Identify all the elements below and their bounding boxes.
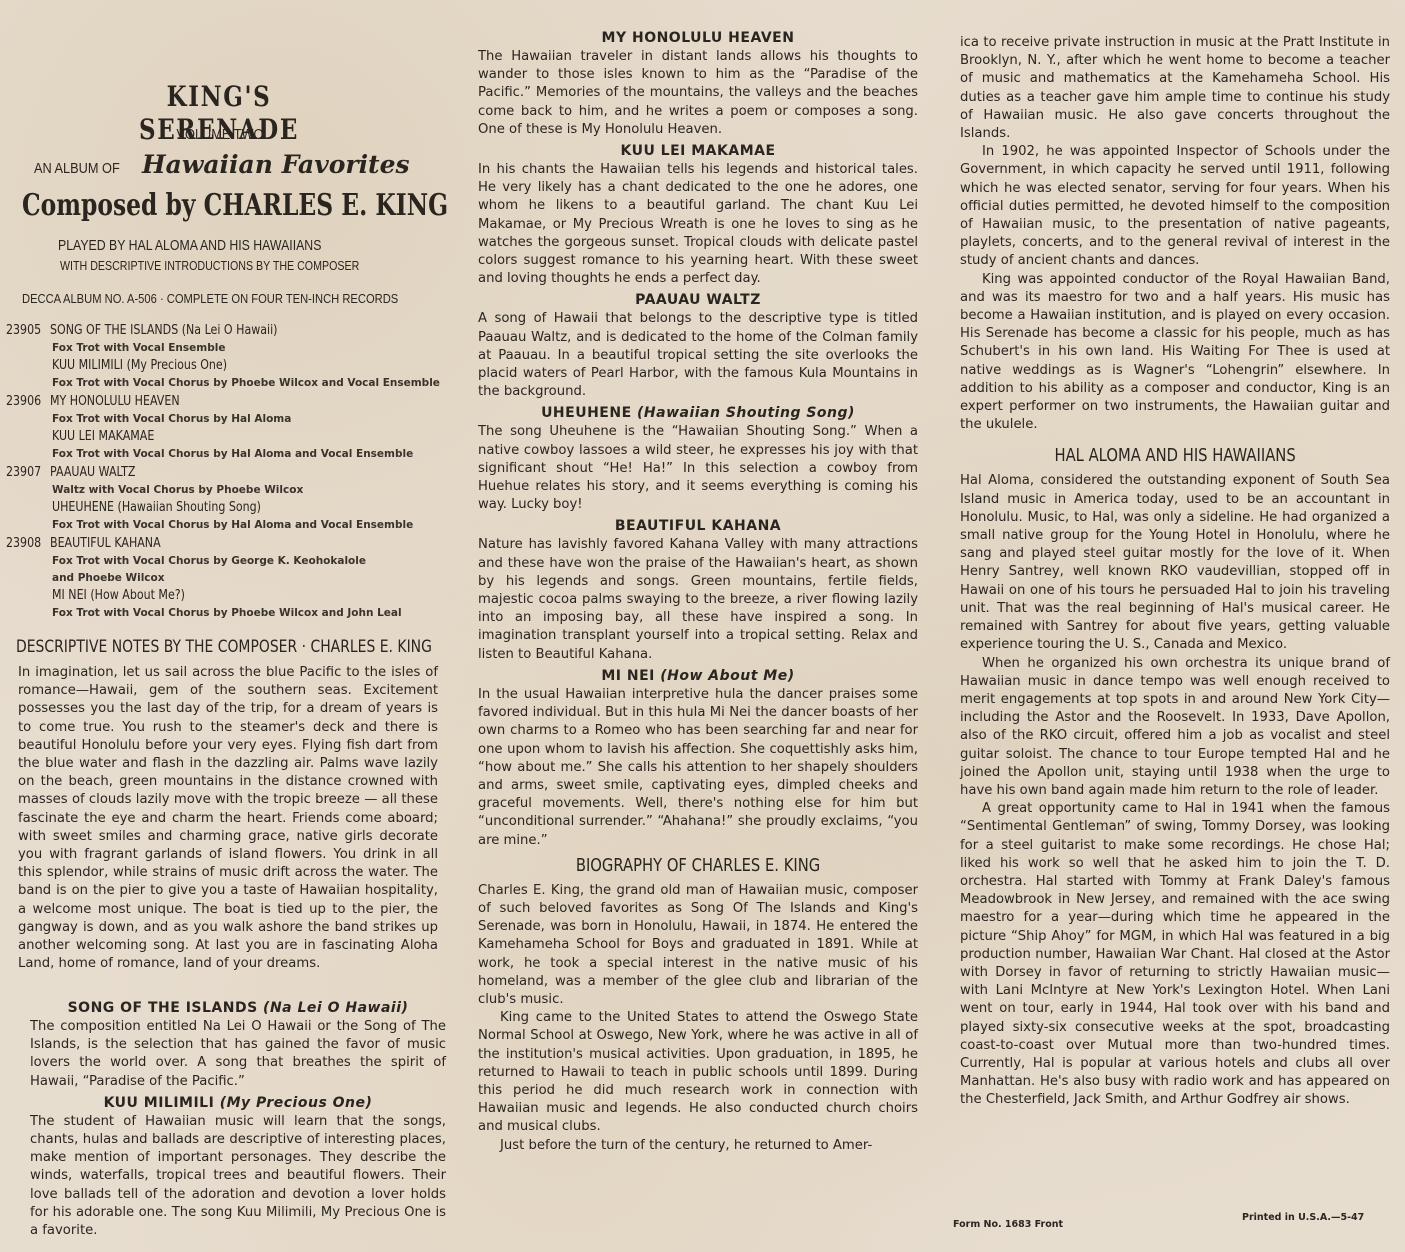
hal-aloma-heading: HAL ALOMA AND HIS HAWAIIANS — [960, 444, 1390, 468]
song-description: Fox Trot with Vocal Chorus by Hal Aloma — [6, 411, 446, 428]
biography-para-2: King came to the United States to attend… — [478, 1009, 918, 1136]
song-description: Waltz with Vocal Chorus by Phoebe Wilcox — [6, 482, 446, 499]
song-description: Fox Trot with Vocal Chorus by Phoebe Wil… — [6, 375, 446, 392]
song-title: UHEUHENE (Hawaiian Shouting Song) — [52, 499, 261, 517]
song-description: Fox Trot with Vocal Ensemble — [6, 340, 446, 357]
section-heading-mi-nei: MI NEI (How About Me) — [478, 666, 918, 686]
section-heading-uheuhene: UHEUHENE (Hawaiian Shouting Song) — [478, 403, 918, 423]
record-number: 23905 — [6, 322, 43, 340]
section-heading-my-honolulu-heaven: MY HONOLULU HEAVEN — [478, 28, 918, 48]
printed-in: Printed in U.S.A.—5-47 — [1242, 1212, 1364, 1223]
biography-heading: BIOGRAPHY OF CHARLES E. KING — [478, 854, 918, 878]
song-description: Fox Trot with Vocal Chorus by Hal Aloma … — [6, 517, 446, 534]
form-number: Form No. 1683 Front — [953, 1219, 1063, 1230]
record-23905: 23905SONG OF THE ISLANDS (Na Lei O Hawai… — [6, 322, 446, 392]
biography-para-1: Charles E. King, the grand old man of Ha… — [478, 882, 918, 1009]
intro-line: WITH DESCRIPTIVE INTRODUCTIONS BY THE CO… — [60, 258, 359, 273]
section-heading: KUU MILIMILI (My Precious One) — [30, 1093, 446, 1113]
biography-para-3b: ica to receive private instruction in mu… — [960, 34, 1390, 143]
section-text: The composition entitled Na Lei O Hawaii… — [30, 1018, 446, 1091]
record-23906: 23906MY HONOLULU HEAVEN Fox Trot with Vo… — [6, 393, 446, 463]
song-title: MY HONOLULU HEAVEN — [50, 393, 180, 411]
column-3: ica to receive private instruction in mu… — [960, 34, 1390, 1110]
song-title: PAAUAU WALTZ — [50, 464, 135, 482]
biography-para-4: In 1902, he was appointed Inspector of S… — [960, 143, 1390, 270]
notes-intro-block: In imagination, let us sail across the b… — [18, 664, 438, 973]
section-text: The song Uheuhene is the “Hawaiian Shout… — [478, 423, 918, 514]
biography-para-5: King was appointed conductor of the Roya… — [960, 271, 1390, 435]
hal-aloma-para-1: Hal Aloma, considered the outstanding ex… — [960, 472, 1390, 654]
song-title: SONG OF THE ISLANDS (Na Lei O Hawaii) — [50, 322, 277, 340]
record-number: 23907 — [6, 464, 43, 482]
section-text: In his chants the Hawaiian tells his leg… — [478, 161, 918, 288]
biography-para-3a: Just before the turn of the century, he … — [478, 1137, 918, 1155]
track-listing: 23905SONG OF THE ISLANDS (Na Lei O Hawai… — [6, 322, 446, 623]
column-2: MY HONOLULU HEAVEN The Hawaiian traveler… — [478, 26, 918, 1155]
section-text: The student of Hawaiian music will learn… — [30, 1113, 446, 1240]
hal-aloma-para-2: When he organized his own orchestra its … — [960, 655, 1390, 801]
section-text: A song of Hawaii that belongs to the des… — [478, 310, 918, 401]
album-script-title: Hawaiian Favorites — [142, 150, 410, 179]
song-description: Fox Trot with Vocal Chorus by Phoebe Wil… — [6, 605, 446, 622]
notes-heading: DESCRIPTIVE NOTES BY THE COMPOSER · CHAR… — [16, 637, 432, 657]
section-heading: SONG OF THE ISLANDS (Na Lei O Hawaii) — [30, 998, 446, 1018]
record-number: 23908 — [6, 535, 43, 553]
song-title: KUU MILIMILI (My Precious One) — [52, 357, 227, 375]
song-description: Fox Trot with Vocal Chorus by Hal Aloma … — [6, 446, 446, 463]
decca-album-line: DECCA ALBUM NO. A-506 · COMPLETE ON FOUR… — [22, 291, 398, 306]
album-of-label: AN ALBUM OF — [34, 160, 120, 177]
record-23908: 23908BEAUTIFUL KAHANA Fox Trot with Voca… — [6, 535, 446, 622]
section-song-of-the-islands: SONG OF THE ISLANDS (Na Lei O Hawaii) Th… — [30, 996, 446, 1240]
section-text: Nature has lavishly favored Kahana Valle… — [478, 536, 918, 663]
section-heading-beautiful-kahana: BEAUTIFUL KAHANA — [478, 516, 918, 536]
song-title: KUU LEI MAKAMAE — [52, 428, 154, 446]
section-text: In the usual Hawaiian interpretive hula … — [478, 686, 918, 850]
composer-line: Composed by CHARLES E. KING — [22, 188, 448, 223]
song-description-cont: and Phoebe Wilcox — [6, 570, 446, 587]
song-title: BEAUTIFUL KAHANA — [50, 535, 161, 553]
hal-aloma-para-3: A great opportunity came to Hal in 1941 … — [960, 800, 1390, 1109]
song-title: MI NEI (How About Me?) — [52, 587, 185, 605]
section-heading-paauau-waltz: PAAUAU WALTZ — [478, 290, 918, 310]
record-23907: 23907PAAUAU WALTZ Waltz with Vocal Choru… — [6, 464, 446, 534]
notes-intro-text: In imagination, let us sail across the b… — [18, 664, 438, 973]
performer-line: PLAYED BY HAL ALOMA AND HIS HAWAIIANS — [58, 237, 321, 254]
song-description: Fox Trot with Vocal Chorus by George K. … — [6, 553, 446, 570]
volume-label: VOLUME TWO — [169, 126, 271, 143]
section-heading-kuu-lei-makamae: KUU LEI MAKAMAE — [478, 141, 918, 161]
record-number: 23906 — [6, 393, 43, 411]
section-text: The Hawaiian traveler in distant lands a… — [478, 48, 918, 139]
